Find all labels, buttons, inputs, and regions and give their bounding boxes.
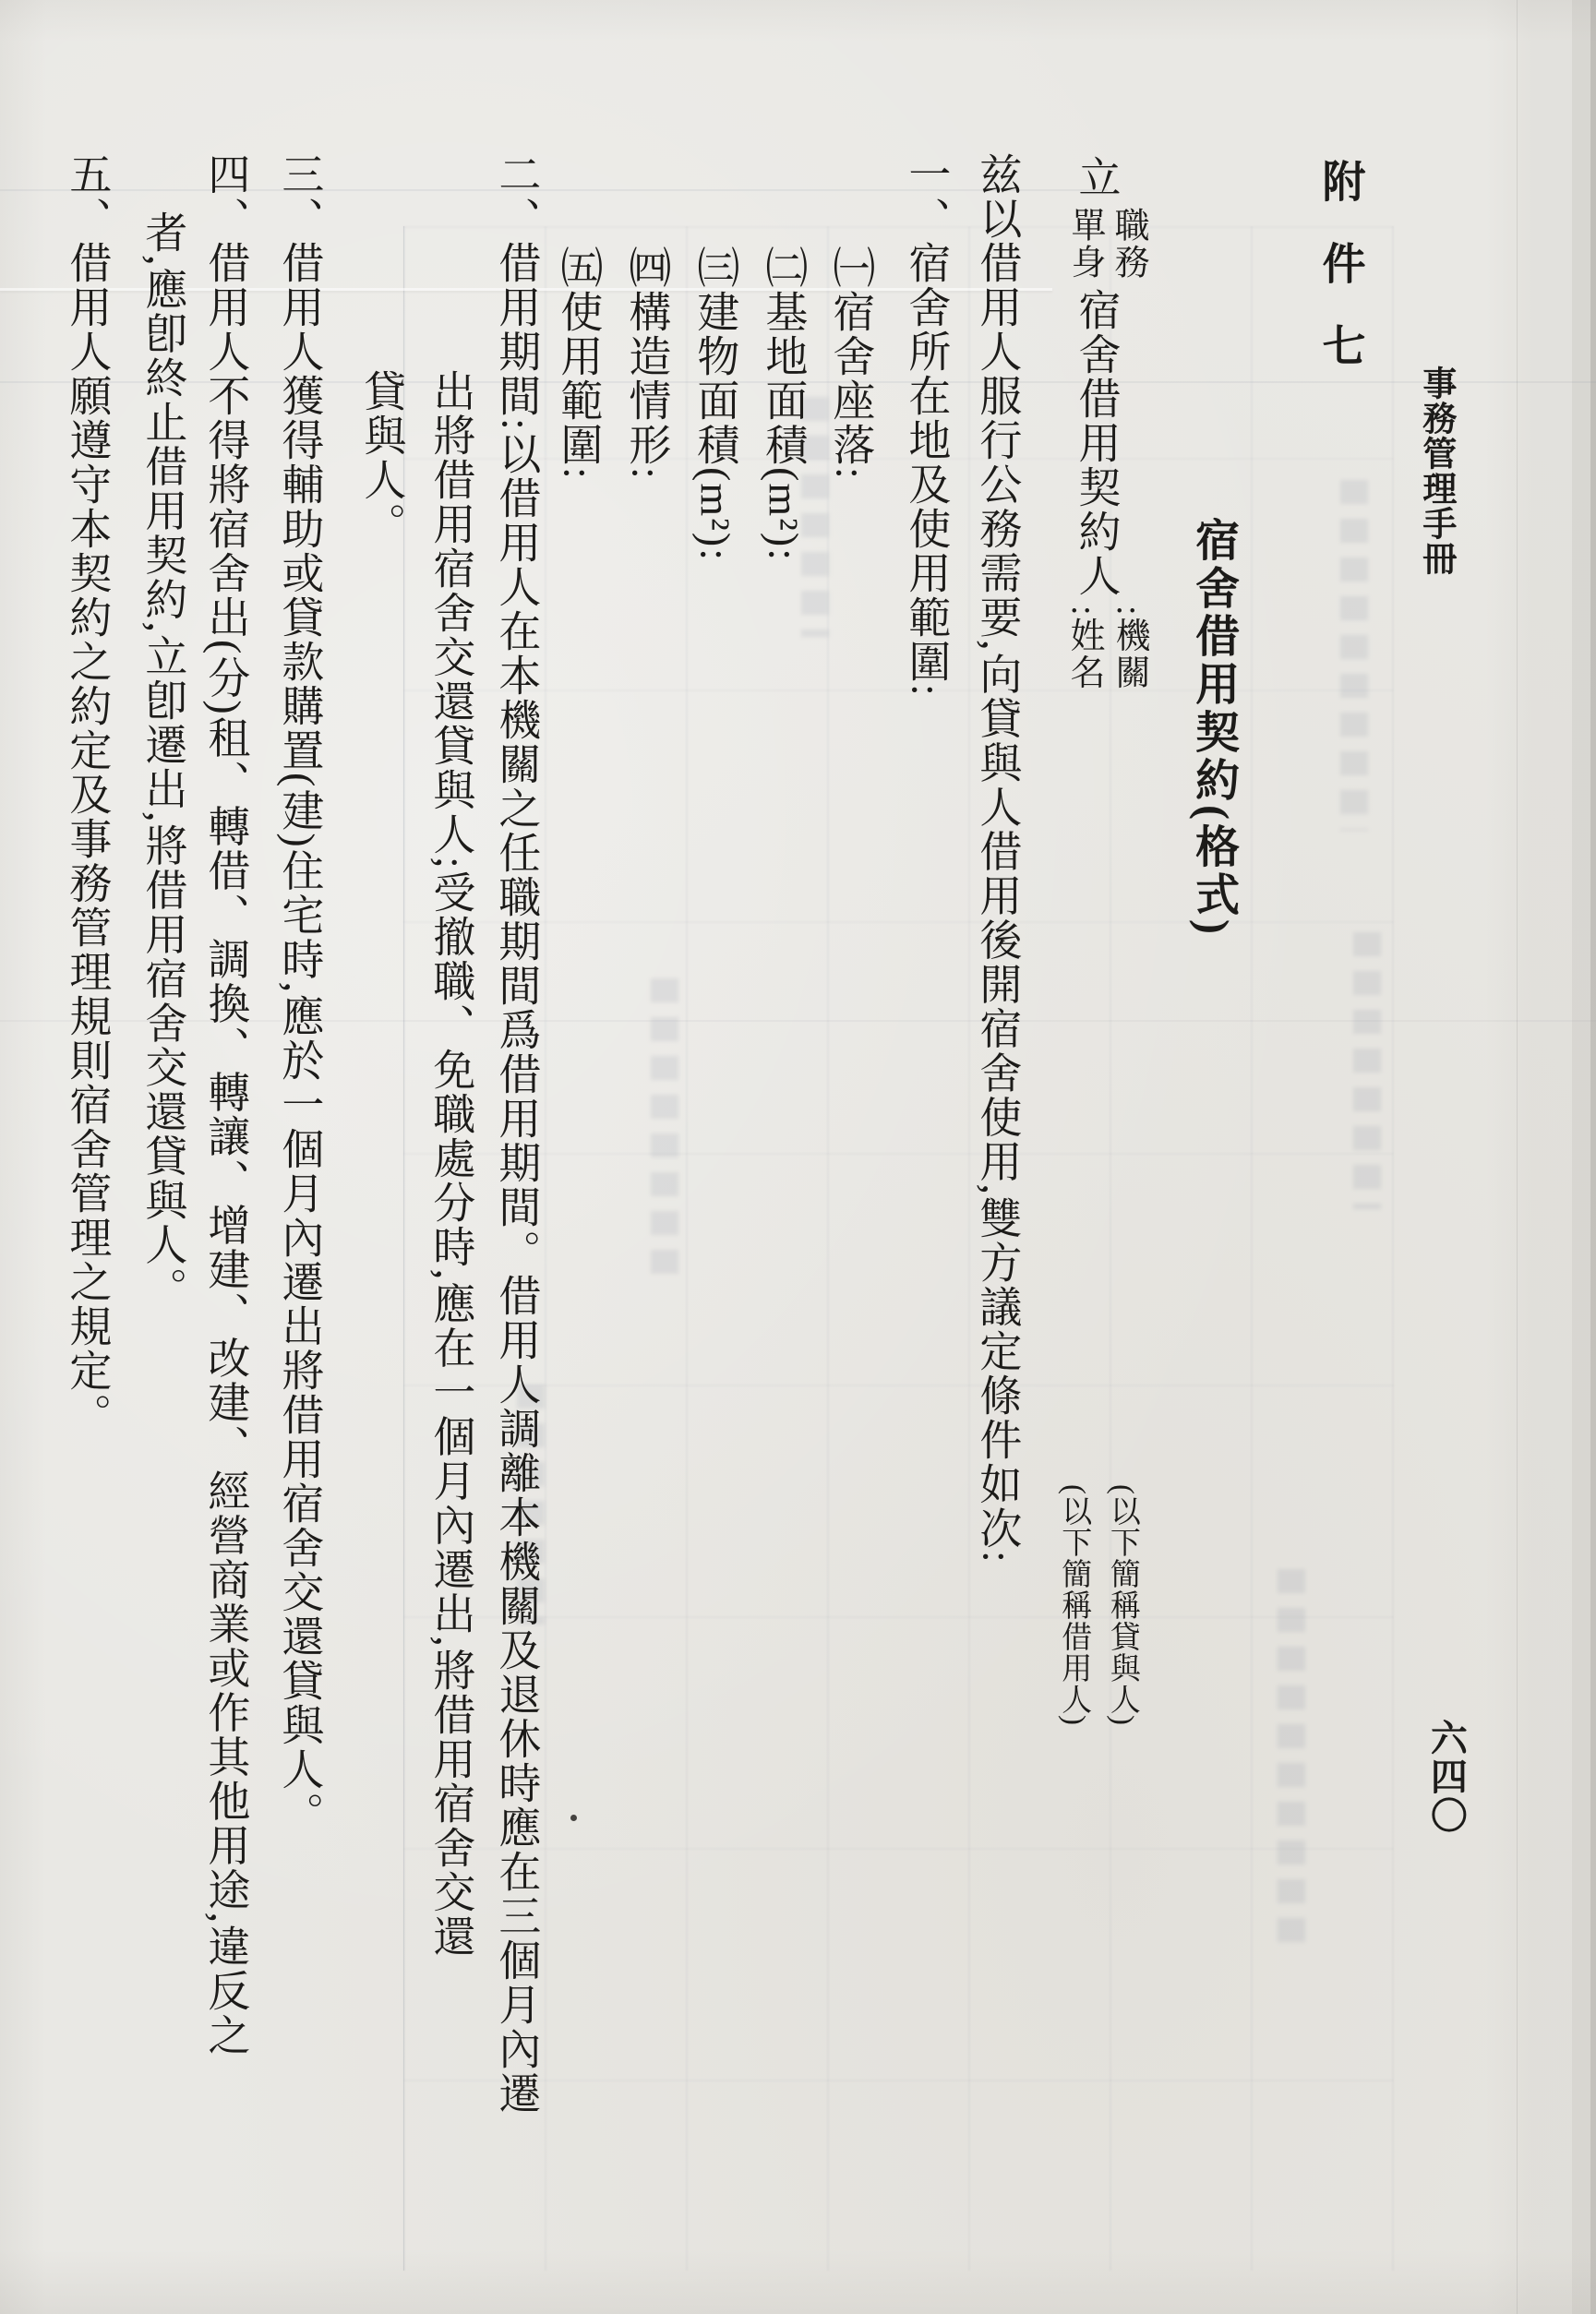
- dorm-type-duty: 職務: [1109, 207, 1146, 281]
- clause-5: 五、借用人願遵守本契約之約定及事務管理規則宿舍管理之規定。: [63, 152, 112, 1437]
- ghost-text-strip: [1278, 1569, 1305, 1957]
- party-abbreviation-notes: (以下簡稱貸與人) (以下簡稱借用人): [1053, 1484, 1143, 1726]
- borrower-note: (以下簡稱借用人): [1057, 1484, 1090, 1726]
- clause-1-sub-5: ㈤使用範圍:: [554, 246, 603, 481]
- ghost-table-grid: [403, 226, 1394, 2271]
- clause-1-sub-2: ㈡基地面積(m²):: [759, 246, 808, 562]
- book-title: 事務管理手冊: [1415, 366, 1455, 576]
- clause-1-sub-3: ㈢建物面積(m²):: [690, 246, 739, 562]
- contract-title: 宿舍借用契約(格式): [1187, 517, 1239, 938]
- scanned-page: 事務管理手冊 附件七 宿舍借用契約(格式) 立職務單身宿舍借用契約人機關:姓名:…: [0, 0, 1596, 2314]
- party-declaration: 立職務單身宿舍借用契約人機關:姓名:: [1061, 155, 1151, 699]
- clause-1-sub-1: ㈠宿舍座落:: [826, 246, 875, 481]
- clause-3: 三、借用人獲得輔助或貸款購置(建)住宅時,應於一個月內遷出將借用宿舍交還貸與人。: [275, 152, 324, 1836]
- dorm-type-options: 職務單身: [1062, 207, 1149, 281]
- attachment-label: 附件七: [1314, 159, 1365, 405]
- contract-preamble: 兹以借用人服行公務需要,向貸與人借用後開宿舍使用,雙方議定條件如次:: [973, 152, 1022, 1565]
- ink-spot: [570, 1815, 577, 1821]
- page-gutter-line: [1517, 0, 1518, 2314]
- agency-field-label: 機關:: [1110, 605, 1147, 691]
- lender-note: (以下簡稱貸與人): [1106, 1484, 1139, 1726]
- ghost-text-strip: [1353, 932, 1381, 1209]
- ghost-text-strip: [651, 978, 678, 1283]
- clause-2-line-2: 出將借用宿舍交還貸與人;受撤職、免職處分時,應在一個月內遷出,將借用宿舍交還: [426, 369, 475, 1959]
- page-number: 六四〇: [1424, 1719, 1467, 1835]
- party-fields: 機關:姓名:: [1061, 605, 1151, 691]
- dorm-type-single: 單身: [1065, 207, 1103, 281]
- clause-2-line-3: 貸與人。: [357, 369, 406, 546]
- party-body: 宿舍借用契約人: [1073, 288, 1120, 598]
- clause-2-line-1: 二、借用期間:以借用人在本機關之任職期間爲借用期間。借用人調離本機關及退休時應在…: [492, 152, 541, 2116]
- clause-1-sub-4: ㈣構造情形:: [622, 246, 671, 481]
- clause-1: 一、宿舍所在地及使用範圍:: [902, 152, 951, 698]
- name-field-label: 姓名:: [1064, 605, 1102, 691]
- ghost-text-strip: [1340, 480, 1368, 831]
- clause-4-line-2: 者,應卽終止借用契約,立卽遷出,將借用宿舍交還貸與人。: [138, 210, 187, 1312]
- clause-4-line-1: 四、借用人不得將宿舍出(分)租、轉借、調換、轉讓、增建、改建、經營商業或作其他用…: [201, 152, 250, 2057]
- party-lead: 立: [1073, 155, 1120, 199]
